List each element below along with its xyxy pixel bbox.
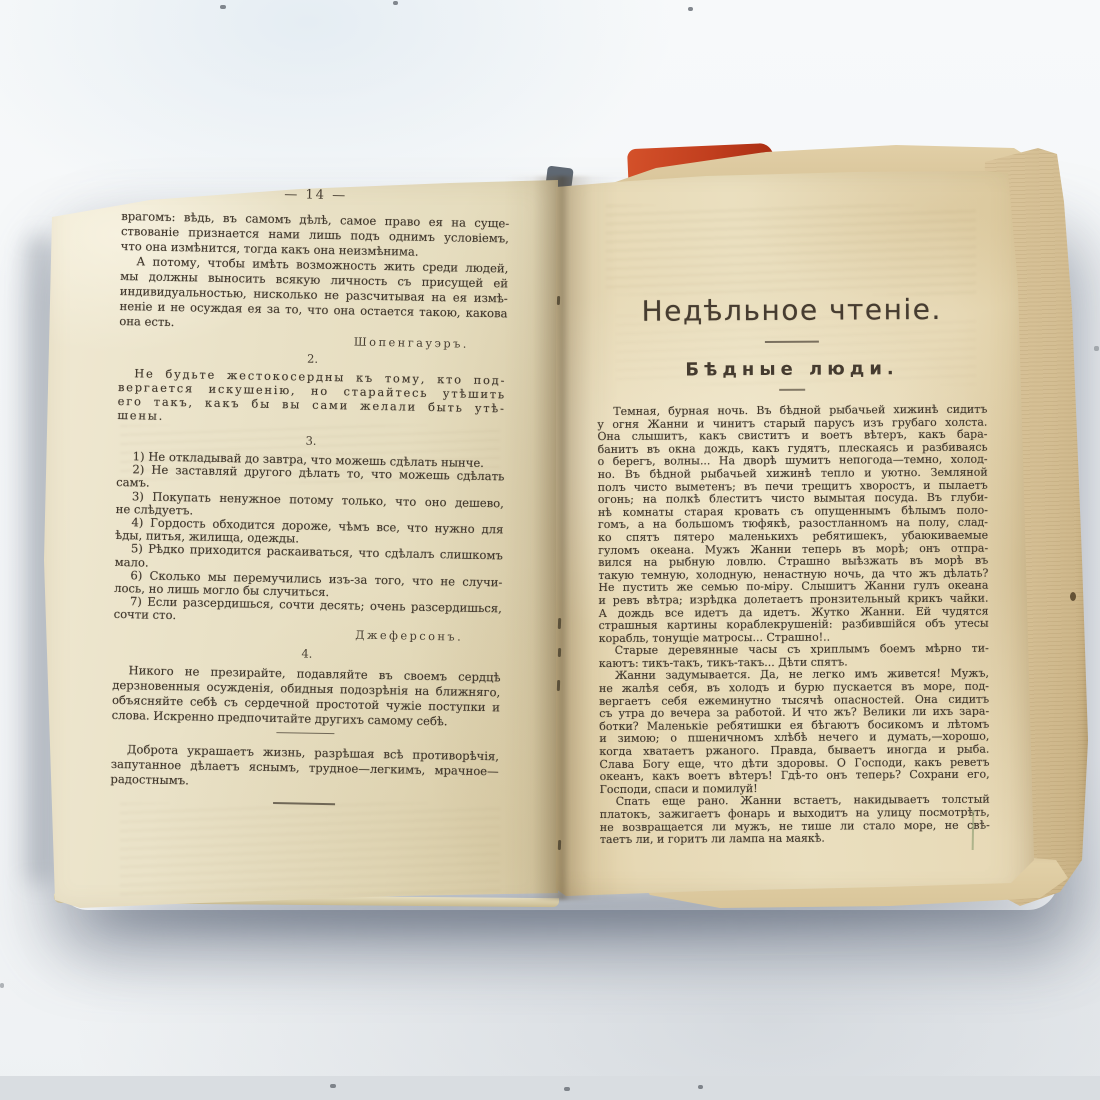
- dust-speck: [698, 1085, 703, 1089]
- text-line: океанъ, какъ воетъ вѣтеръ! Гдѣ-то онъ те…: [600, 769, 990, 784]
- paragraph: Никого не презирайте, подавляйте въ свое…: [112, 663, 501, 730]
- right-page: Недѣльное чтеніе. Бѣдные люди. Темная, б…: [556, 165, 1038, 905]
- binding-stitch: [558, 618, 561, 629]
- table-edge: [0, 1076, 1100, 1100]
- stain-speck: [1070, 592, 1076, 601]
- dust-speck: [564, 1087, 570, 1091]
- paragraph: Темная, бурная ночь. Въ бѣдной рыбачьей …: [597, 404, 988, 646]
- separator-rule: [765, 341, 819, 343]
- paragraph: А потому, чтобы имѣть возможность жить с…: [119, 254, 508, 336]
- dust-speck: [220, 5, 226, 9]
- binding-stitch: [557, 680, 560, 691]
- binding-stitch: [557, 296, 560, 305]
- dust-speck: [688, 7, 693, 11]
- left-page-content: — 14 — врагомъ: вѣдь, въ самомъ дѣлѣ, са…: [109, 180, 510, 887]
- section-number: 3.: [117, 430, 505, 451]
- paragraph: Спать еще рано. Жанни встаетъ, накидывае…: [600, 794, 990, 847]
- story-title: Бѣдные люди.: [597, 358, 987, 381]
- paragraph: Жанни задумывается. Да, не легко имъ жив…: [599, 668, 990, 796]
- binding-stitch: [558, 648, 561, 657]
- dust-speck: [0, 983, 4, 988]
- separator-rule: [276, 732, 334, 735]
- separator-rule: [779, 389, 805, 391]
- paragraph: Старые деревянные часы съ хриплымъ боемъ…: [599, 643, 989, 671]
- paragraph: Доброта украшаетъ жизнь, разрѣшая всѣ пр…: [110, 742, 499, 794]
- book-photo-scene: — 14 — врагомъ: вѣдь, въ самомъ дѣлѣ, са…: [0, 0, 1100, 1100]
- dust-speck: [393, 1, 398, 5]
- right-page-text: Темная, бурная ночь. Въ бѣдной рыбачьей …: [597, 404, 990, 847]
- chapter-heading: Недѣльное чтеніе.: [597, 293, 987, 328]
- text-line: таетъ ли, и горитъ ли лампа на маякѣ.: [600, 832, 990, 847]
- binding-stitch: [558, 840, 561, 850]
- dust-speck: [330, 1084, 336, 1088]
- left-page: — 14 — врагомъ: вѣдь, въ самомъ дѣлѣ, са…: [40, 175, 558, 915]
- right-page-content: Недѣльное чтеніе. Бѣдные люди. Темная, б…: [596, 193, 990, 885]
- paragraph: врагомъ: вѣдь, въ самомъ дѣлѣ, самое пра…: [121, 209, 510, 261]
- separator-rule: [273, 802, 335, 805]
- dust-speck: [1094, 346, 1099, 351]
- paragraph: Не будьте жестокосердны къ тому, кто под…: [117, 366, 506, 429]
- left-page-text: врагомъ: вѣдь, въ самомъ дѣлѣ, самое пра…: [110, 209, 509, 808]
- section-number: 4.: [113, 643, 501, 664]
